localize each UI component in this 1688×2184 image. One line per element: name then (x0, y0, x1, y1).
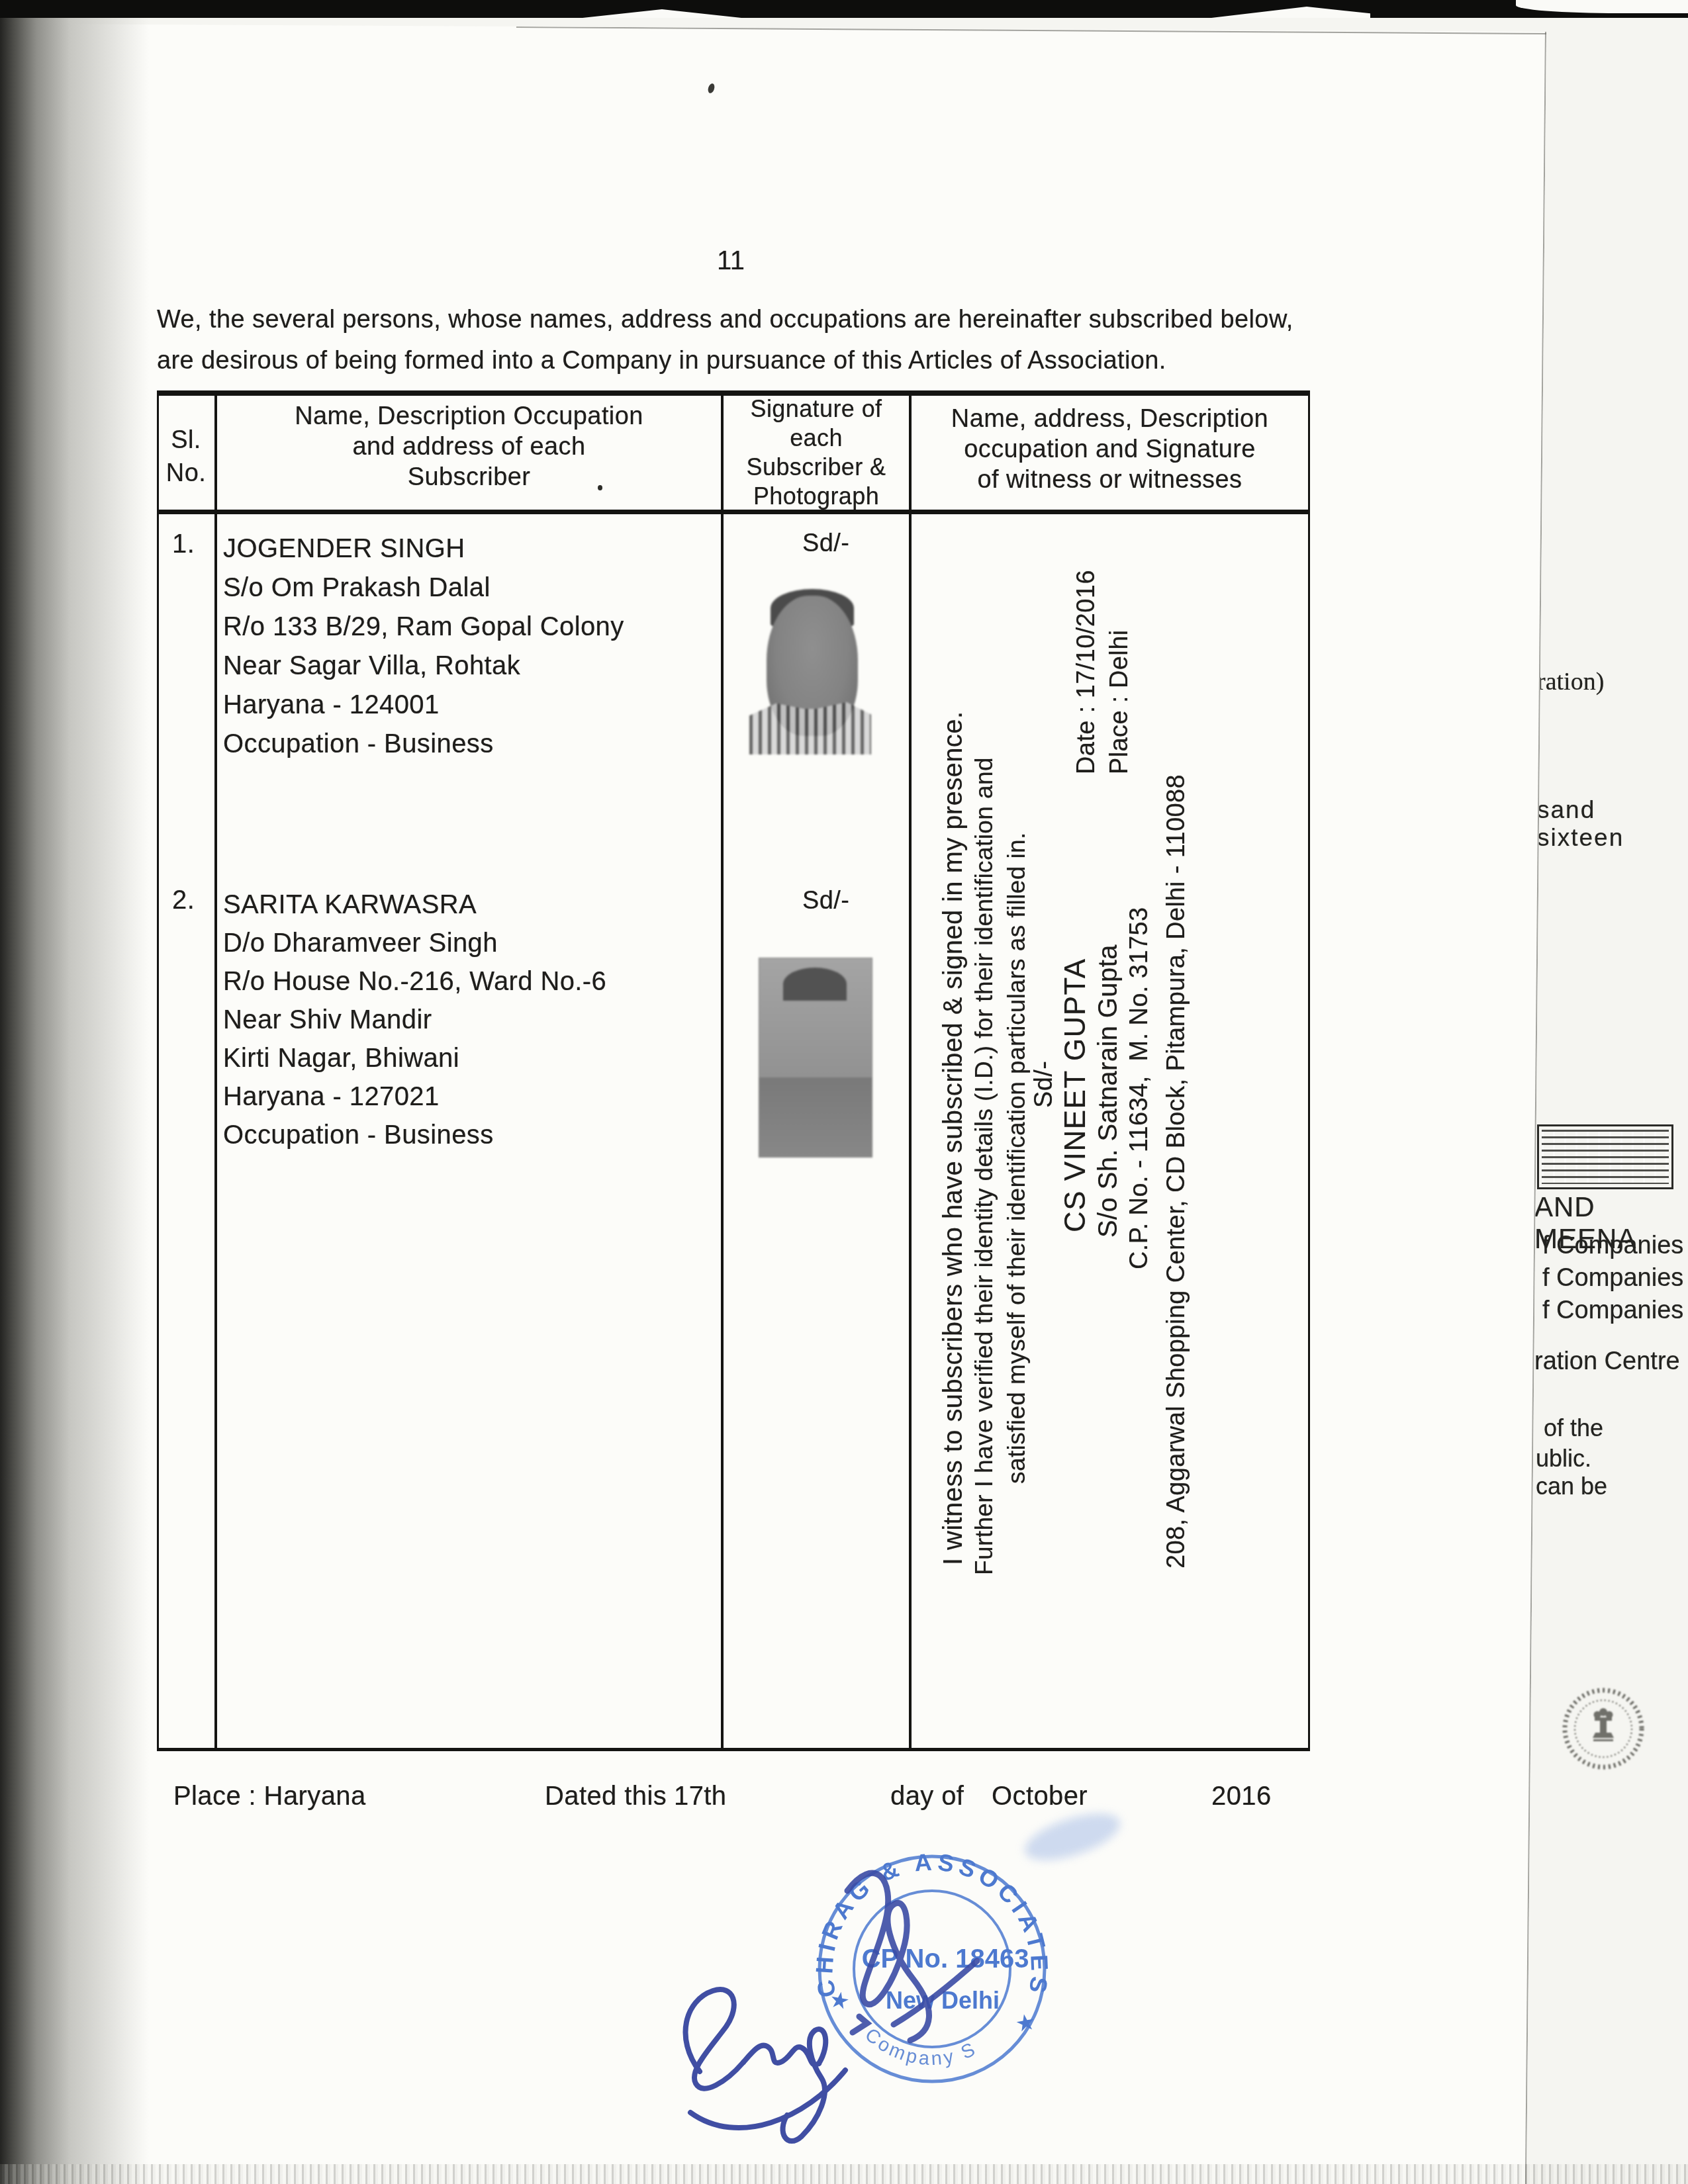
witness-date: Date : 17/10/2016 (1072, 570, 1101, 774)
header-subscriber-line2: and address of each (217, 432, 721, 462)
top-band-gap-2 (1211, 7, 1370, 18)
row-2-signature-sd: Sd/- (802, 887, 849, 915)
table-border-col2 (721, 390, 724, 1751)
bleed-text-companies-2: f Companies (1542, 1264, 1683, 1293)
witness-statement-line-2: Further I have verified their identity d… (970, 757, 998, 1575)
footer-place: Place : Haryana (173, 1782, 366, 1811)
table-border-left (157, 390, 159, 1751)
scanner-edge-shadow (0, 0, 152, 2184)
intro-paragraph: We, the several persons, whose names, ad… (157, 299, 1322, 381)
witness-statement-line-3: satisfied myself of their identification… (1003, 832, 1031, 1484)
header-sl-line2: No. (157, 457, 215, 490)
header-witness-line2: occupation and Signature (912, 434, 1308, 465)
witness-cp-number: C.P. No. - 11634, M. No. 31753 (1125, 907, 1154, 1269)
footer-day: 17th (674, 1782, 726, 1811)
witness-statement-line-1: I witness to subscribers who have subscr… (939, 711, 968, 1565)
header-sl-no: Sl. No. (157, 424, 215, 490)
header-signature-line2: each (724, 424, 909, 453)
subscriber-1-name: JOGENDER SINGH (223, 529, 624, 569)
table-border-col1 (214, 390, 217, 1751)
bleed-text-sixteen: sand sixteen (1537, 796, 1688, 852)
intro-line-2: are desirous of being formed into a Comp… (157, 340, 1322, 381)
subscriber-2-address-2: Near Shiv Mandir (223, 1001, 606, 1039)
header-subscriber-line1: Name, Description Occupation (217, 401, 721, 432)
header-subscriber: Name, Description Occupation and address… (217, 401, 721, 492)
stamp-cp-number: CP No. 18463 (862, 1944, 1029, 1974)
subscriber-1-address-2: Near Sagar Villa, Rohtak (223, 647, 624, 686)
footer-day-of: day of (890, 1782, 964, 1811)
photo-2-face (780, 976, 849, 1076)
ink-dot (598, 485, 602, 490)
witness-name: CS VINEET GUPTA (1059, 958, 1092, 1232)
bleed-text-ration: ration) (1537, 667, 1604, 696)
header-witness-line1: Name, address, Description (912, 404, 1308, 434)
subscriber-2-address-3: Kirti Nagar, Bhiwani (223, 1039, 606, 1077)
subscriber-1-address-1: R/o 133 B/29, Ram Gopal Colony (223, 608, 624, 647)
document-sheet: 11 We, the several persons, whose names,… (0, 0, 1688, 2184)
header-witness: Name, address, Description occupation an… (912, 404, 1308, 495)
bleed-text-companies-3: f Companies (1542, 1297, 1683, 1325)
bleed-text-can-be: can be (1536, 1473, 1607, 1500)
header-signature-line1: Signature of (724, 394, 909, 424)
bleed-text-companies-1: f Companies (1542, 1232, 1683, 1260)
footer-month: October (992, 1782, 1088, 1811)
bleed-text-of-the: of the (1544, 1414, 1603, 1442)
subscriber-2-address-1: R/o House No.-216, Ward No.-6 (223, 962, 606, 1001)
header-sl-line1: Sl. (157, 424, 215, 457)
scanner-bottom-band (0, 2164, 1688, 2184)
top-band-gap-1 (583, 9, 741, 18)
witness-address: 208, Aggarwal Shopping Center, CD Block,… (1162, 774, 1191, 1569)
table-border-right (1308, 390, 1310, 1751)
scanner-top-band (0, 0, 1688, 18)
page-number: 11 (717, 246, 745, 276)
subscriber-1-details: JOGENDER SINGH S/o Om Prakash Dalal R/o … (223, 529, 624, 764)
subscriber-2-name: SARITA KARWASRA (223, 886, 606, 924)
ashoka-emblem-seal (1560, 1685, 1647, 1772)
chirag-handwritten-signature (652, 1946, 857, 2171)
photo-subscriber-1 (747, 589, 874, 754)
table-border-col3 (909, 390, 912, 1751)
fine-print-box (1537, 1124, 1673, 1189)
subscriber-2-state: Haryana - 127021 (223, 1077, 606, 1116)
witness-sd: Sd/- (1030, 1061, 1058, 1108)
table-border-bottom (157, 1748, 1310, 1751)
bleed-text-centre: ration Centre (1534, 1347, 1680, 1376)
header-signature-line4: Photograph (724, 482, 909, 511)
scanned-document-page: ration) sand sixteen AND MEENA f Compani… (0, 0, 1688, 2184)
bleed-text-public: ublic. (1536, 1445, 1591, 1473)
footer-year: 2016 (1211, 1782, 1272, 1811)
witness-place: Place : Delhi (1105, 629, 1134, 774)
subscriber-2-occupation: Occupation - Business (223, 1116, 606, 1154)
top-band-corner (1516, 0, 1688, 13)
intro-line-1: We, the several persons, whose names, ad… (157, 299, 1322, 340)
header-signature-line3: Subscriber & (724, 453, 909, 482)
photo-2-torso (759, 1077, 872, 1157)
header-signature: Signature of each Subscriber & Photograp… (724, 394, 909, 511)
row-1-signature-sd: Sd/- (802, 529, 849, 558)
photo-subscriber-2 (759, 958, 872, 1158)
ink-speck (707, 83, 716, 94)
subscriber-1-state: Haryana - 124001 (223, 686, 624, 725)
row-2-serial: 2. (172, 886, 195, 915)
header-witness-line3: of witness or witnesses (912, 465, 1308, 495)
row-1-serial: 1. (172, 529, 195, 559)
subscriber-1-occupation: Occupation - Business (223, 725, 624, 764)
subscriber-2-father: D/o Dharamveer Singh (223, 924, 606, 962)
witness-father: S/o Sh. Satnarain Gupta (1094, 944, 1123, 1238)
subscriber-1-father: S/o Om Prakash Dalal (223, 569, 624, 608)
footer-dated-this: Dated this (545, 1782, 667, 1811)
header-subscriber-line3: Subscriber (217, 462, 721, 492)
subscriber-2-details: SARITA KARWASRA D/o Dharamveer Singh R/o… (223, 886, 606, 1154)
